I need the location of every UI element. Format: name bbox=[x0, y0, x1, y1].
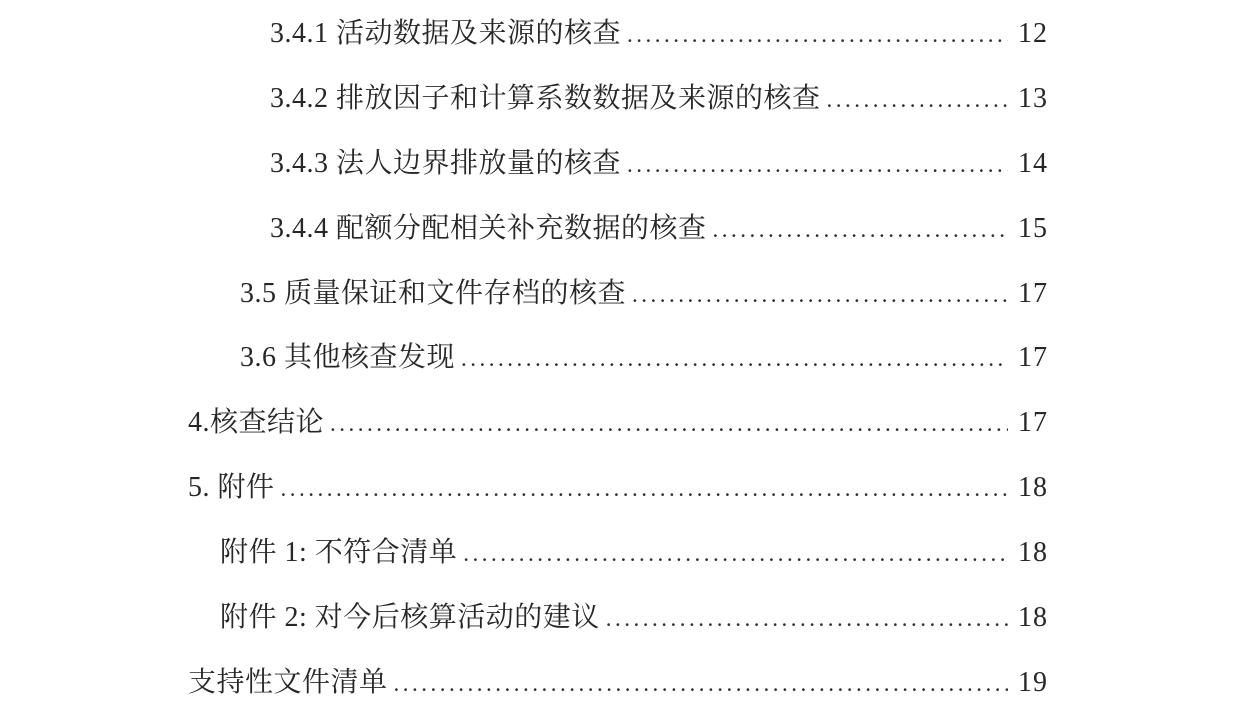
toc-entry-page-number: 17 bbox=[1016, 391, 1048, 456]
toc-entry-page-number: 19 bbox=[1016, 651, 1048, 716]
document-page: 3.4.1 活动数据及来源的核查123.4.2 排放因子和计算系数数据及来源的核… bbox=[0, 0, 1240, 716]
dot-leader bbox=[330, 392, 1008, 457]
toc-entry-label: 3.4.3 法人边界排放量的核查 bbox=[270, 132, 621, 197]
toc-entry-page-number: 17 bbox=[1016, 326, 1048, 391]
dot-leader bbox=[606, 587, 1008, 652]
toc-entry-page-number: 18 bbox=[1016, 586, 1048, 651]
table-of-contents: 3.4.1 活动数据及来源的核查123.4.2 排放因子和计算系数数据及来源的核… bbox=[188, 2, 1048, 716]
toc-entry: 3.4.3 法人边界排放量的核查14 bbox=[188, 132, 1048, 197]
toc-entry: 4.核查结论17 bbox=[188, 391, 1048, 456]
dot-leader bbox=[713, 198, 1008, 263]
toc-entry: 3.4.1 活动数据及来源的核查12 bbox=[188, 2, 1048, 67]
toc-entry: 附件 2: 对今后核算活动的建议18 bbox=[188, 586, 1048, 651]
toc-entry: 3.6 其他核查发现17 bbox=[188, 326, 1048, 391]
dot-leader bbox=[627, 133, 1008, 198]
toc-entry: 5. 附件18 bbox=[188, 456, 1048, 521]
toc-entry-page-number: 15 bbox=[1016, 197, 1048, 262]
toc-entry-label: 3.6 其他核查发现 bbox=[240, 326, 455, 391]
toc-entry-label: 3.4.2 排放因子和计算系数数据及来源的核查 bbox=[270, 67, 821, 132]
toc-entry-label: 3.4.4 配额分配相关补充数据的核查 bbox=[270, 197, 707, 262]
dot-leader bbox=[281, 457, 1008, 522]
toc-entry: 3.4.2 排放因子和计算系数数据及来源的核查13 bbox=[188, 67, 1048, 132]
dot-leader bbox=[632, 263, 1008, 328]
dot-leader bbox=[394, 652, 1008, 716]
toc-entry-label: 5. 附件 bbox=[188, 456, 275, 521]
toc-entry-label: 4.核查结论 bbox=[188, 391, 324, 456]
toc-entry-label: 附件 1: 不符合清单 bbox=[220, 521, 457, 586]
toc-entry-page-number: 18 bbox=[1016, 521, 1048, 586]
toc-entry: 附件 1: 不符合清单18 bbox=[188, 521, 1048, 586]
toc-entry: 支持性文件清单19 bbox=[188, 651, 1048, 716]
toc-entry-page-number: 17 bbox=[1016, 262, 1048, 327]
toc-entry-label: 附件 2: 对今后核算活动的建议 bbox=[220, 586, 600, 651]
toc-entry-label: 3.4.1 活动数据及来源的核查 bbox=[270, 2, 621, 67]
toc-entry: 3.5 质量保证和文件存档的核查17 bbox=[188, 262, 1048, 327]
dot-leader bbox=[463, 522, 1008, 587]
toc-entry-page-number: 13 bbox=[1016, 67, 1048, 132]
dot-leader bbox=[827, 68, 1008, 133]
toc-entry-page-number: 14 bbox=[1016, 132, 1048, 197]
dot-leader bbox=[461, 327, 1008, 392]
toc-entry-page-number: 18 bbox=[1016, 456, 1048, 521]
toc-entry-label: 3.5 质量保证和文件存档的核查 bbox=[240, 262, 626, 327]
toc-entry-label: 支持性文件清单 bbox=[188, 651, 388, 716]
toc-entry-page-number: 12 bbox=[1016, 2, 1048, 67]
dot-leader bbox=[627, 3, 1008, 68]
toc-entry: 3.4.4 配额分配相关补充数据的核查15 bbox=[188, 197, 1048, 262]
